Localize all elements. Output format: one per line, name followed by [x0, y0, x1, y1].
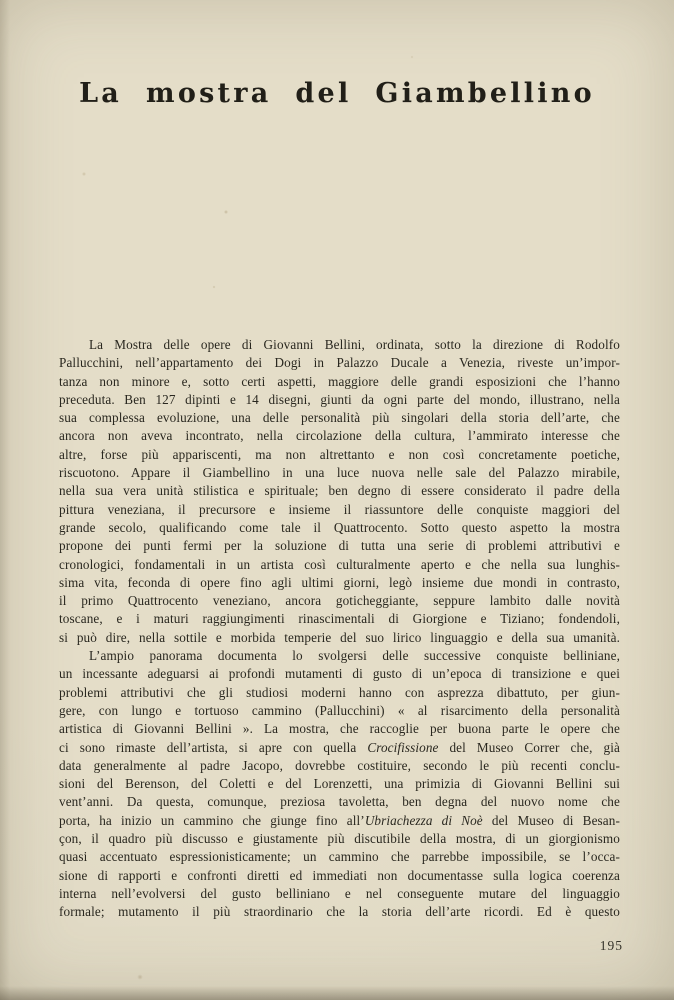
text-line: problemi attributivi che gli studiosi mo…	[59, 684, 620, 702]
text-line: formale; mutamento il più straordinario …	[59, 903, 620, 921]
scan-edge-shadow-left	[0, 0, 10, 1000]
text-line: si può dire, nella sottile e morbida tem…	[59, 629, 620, 647]
text-line: artistica di Giovanni Bellini ». La most…	[59, 720, 620, 738]
text-line: il primo Quattrocento veneziano, ancora …	[59, 592, 620, 610]
text-line: gere, con lungo e tortuoso cammino (Pall…	[59, 702, 620, 720]
text-line: nella sua vera unità stilistica e spirit…	[59, 482, 620, 500]
text-line: La Mostra delle opere di Giovanni Bellin…	[59, 336, 620, 354]
text-line: altre, forse più appariscenti, ma non al…	[59, 446, 620, 464]
text-line: ci sono rimaste dell’artista, si apre co…	[59, 739, 620, 757]
text-line: riscuotono. Appare il Giambellino in una…	[59, 464, 620, 482]
text-line: L’ampio panorama documenta lo svolgersi …	[59, 647, 620, 665]
body-text: La Mostra delle opere di Giovanni Bellin…	[59, 336, 620, 922]
page-title: La mostra del Giambellino	[0, 76, 674, 112]
text-line: porta, ha inizio un cammino che giunge f…	[59, 812, 620, 830]
text-line: interna nell’evolversi del gusto bellini…	[59, 885, 620, 903]
text-line: sua complessa evoluzione, una delle pers…	[59, 409, 620, 427]
page-number: 195	[600, 938, 623, 954]
text-line: ancora non aveva incontrato, nella circo…	[59, 427, 620, 445]
text-line: pittura veneziana, il precursore e insie…	[59, 501, 620, 519]
text-line: çon, il quadro più discusso e giustament…	[59, 830, 620, 848]
scan-edge-shadow-bottom	[0, 986, 674, 1000]
text-line: propone dei punti fermi per la soluzione…	[59, 537, 620, 555]
text-line: sima vita, feconda di opere fino agli ul…	[59, 574, 620, 592]
text-line: quasi accentuato espressionisticamente; …	[59, 848, 620, 866]
text-line: data generalmente al padre Jacopo, dovre…	[59, 757, 620, 775]
text-line: un incessante adeguarsi ai profondi muta…	[59, 665, 620, 683]
text-line: grande secolo, qualificando come tale il…	[59, 519, 620, 537]
text-line: toscane, e i maturi raggiungimenti rinas…	[59, 610, 620, 628]
text-line: sioni del Berenson, del Coletti e del Lo…	[59, 775, 620, 793]
text-line: vent’anni. Da questa, comunque, preziosa…	[59, 793, 620, 811]
text-line: preceduta. Ben 127 dipinti e 14 disegni,…	[59, 391, 620, 409]
text-line: cronologici, fondamentali in un artista …	[59, 556, 620, 574]
text-line: Pallucchini, nell’appartamento dei Dogi …	[59, 354, 620, 372]
text-line: tanza non minore e, sotto certi aspetti,…	[59, 373, 620, 391]
scanned-page: La mostra del Giambellino La Mostra dell…	[0, 0, 674, 1000]
text-line: sione di rapporti e confronti diretti ed…	[59, 867, 620, 885]
